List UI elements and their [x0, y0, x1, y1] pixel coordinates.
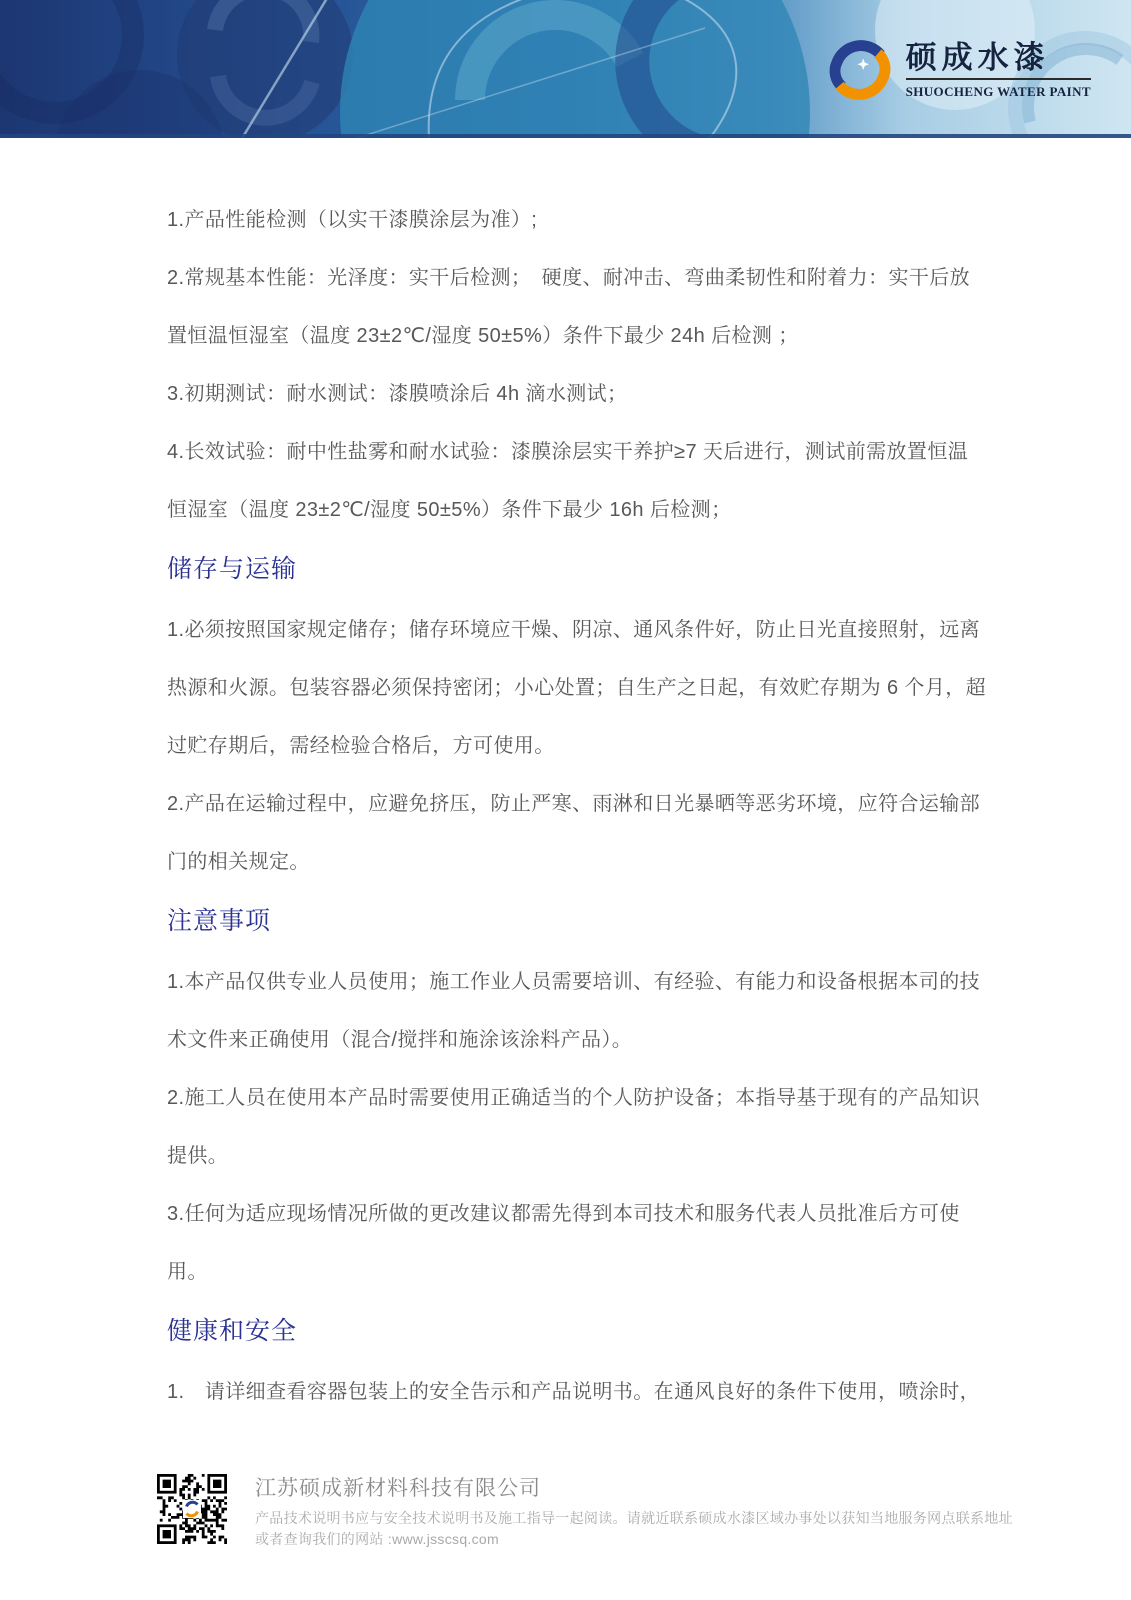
text-line: 1.必须按照国家规定储存；储存环境应干燥、阴凉、通风条件好，防止日光直接照射，远… — [167, 601, 1001, 659]
paragraph: 3.初期测试：耐水测试：漆膜喷涂后 4h 滴水测试； — [167, 365, 1001, 423]
paragraph: 2.常规基本性能：光泽度：实干后检测； 硬度、耐冲击、弯曲柔韧性和附着力：实干后… — [167, 249, 1001, 365]
section-heading: 健康和安全 — [167, 1312, 1001, 1350]
brand-text: 硕成水漆 SHUOCHENG WATER PAINT — [906, 41, 1091, 99]
text-line: 术文件来正确使用（混合/搅拌和施涂该涂料产品）。 — [167, 1011, 1001, 1069]
text-line: 2.施工人员在使用本产品时需要使用正确适当的个人防护设备；本指导基于现有的产品知… — [167, 1069, 1001, 1127]
document-body: 1.产品性能检测（以实干漆膜涂层为准）;2.常规基本性能：光泽度：实干后检测； … — [0, 138, 1131, 1421]
qr-code — [157, 1474, 227, 1544]
text-line: 3.任何为适应现场情况所做的更改建议都需先得到本司技术和服务代表人员批准后方可使 — [167, 1185, 1001, 1243]
text-line: 4.长效试验：耐中性盐雾和耐水试验：漆膜涂层实干养护≥7 天后进行，测试前需放置… — [167, 423, 1001, 481]
brand-divider — [906, 78, 1091, 80]
section-heading: 注意事项 — [167, 902, 1001, 940]
brand-swirl-icon — [828, 38, 892, 102]
footer-company-name: 江苏硕成新材料科技有限公司 — [255, 1475, 1013, 1502]
paragraph: 4.长效试验：耐中性盐雾和耐水试验：漆膜涂层实干养护≥7 天后进行，测试前需放置… — [167, 423, 1001, 539]
page-footer: 江苏硕成新材料科技有限公司 产品技术说明书应与安全技术说明书及施工指导一起阅读。… — [157, 1474, 1013, 1550]
text-line: 1.本产品仅供专业人员使用；施工作业人员需要培训、有经验、有能力和设备根据本司的… — [167, 953, 1001, 1011]
text-line: 1.产品性能检测（以实干漆膜涂层为准）; — [167, 191, 1001, 249]
paragraph: 2.产品在运输过程中，应避免挤压，防止严寒、雨淋和日光暴晒等恶劣环境，应符合运输… — [167, 775, 1001, 891]
text-line: 1. 请详细查看容器包装上的安全告示和产品说明书。在通风良好的条件下使用，喷涂时… — [167, 1363, 1001, 1421]
text-line: 2.常规基本性能：光泽度：实干后检测； 硬度、耐冲击、弯曲柔韧性和附着力：实干后… — [167, 249, 1001, 307]
company-logo: 硕成水漆 SHUOCHENG WATER PAINT — [828, 38, 1091, 102]
text-line: 提供。 — [167, 1127, 1001, 1185]
brand-name-cn: 硕成水漆 — [906, 41, 1091, 75]
brand-name-en: SHUOCHENG WATER PAINT — [906, 84, 1091, 99]
text-line: 恒湿室（温度 23±2℃/湿度 50±5%）条件下最少 16h 后检测； — [167, 481, 1001, 539]
paragraph: 1.本产品仅供专业人员使用；施工作业人员需要培训、有经验、有能力和设备根据本司的… — [167, 953, 1001, 1069]
footer-note-line-1: 产品技术说明书应与安全技术说明书及施工指导一起阅读。请就近联系硕成水漆区域办事处… — [255, 1508, 1013, 1529]
footer-note: 产品技术说明书应与安全技术说明书及施工指导一起阅读。请就近联系硕成水漆区域办事处… — [255, 1508, 1013, 1550]
section-heading: 储存与运输 — [167, 550, 1001, 588]
paragraph: 1.必须按照国家规定储存；储存环境应干燥、阴凉、通风条件好，防止日光直接照射，远… — [167, 601, 1001, 775]
footer-text-block: 江苏硕成新材料科技有限公司 产品技术说明书应与安全技术说明书及施工指导一起阅读。… — [255, 1474, 1013, 1550]
text-line: 用。 — [167, 1243, 1001, 1301]
paragraph: 1. 请详细查看容器包装上的安全告示和产品说明书。在通风良好的条件下使用，喷涂时… — [167, 1363, 1001, 1421]
text-line: 2.产品在运输过程中，应避免挤压，防止严寒、雨淋和日光暴晒等恶劣环境，应符合运输… — [167, 775, 1001, 833]
text-line: 3.初期测试：耐水测试：漆膜喷涂后 4h 滴水测试； — [167, 365, 1001, 423]
text-line: 置恒温恒湿室（温度 23±2℃/湿度 50±5%）条件下最少 24h 后检测 ； — [167, 307, 1001, 365]
header-banner: 硕成水漆 SHUOCHENG WATER PAINT — [0, 0, 1131, 138]
text-line: 门的相关规定。 — [167, 833, 1001, 891]
footer-note-line-2: 或者查询我们的网站 :www.jsscsq.com — [255, 1529, 1013, 1550]
text-line: 热源和火源。包装容器必须保持密闭；小心处置；自生产之日起，有效贮存期为 6 个月… — [167, 659, 1001, 717]
paragraph: 2.施工人员在使用本产品时需要使用正确适当的个人防护设备；本指导基于现有的产品知… — [167, 1069, 1001, 1185]
text-line: 过贮存期后，需经检验合格后，方可使用。 — [167, 717, 1001, 775]
paragraph: 3.任何为适应现场情况所做的更改建议都需先得到本司技术和服务代表人员批准后方可使… — [167, 1185, 1001, 1301]
paragraph: 1.产品性能检测（以实干漆膜涂层为准）; — [167, 191, 1001, 249]
document-page: 硕成水漆 SHUOCHENG WATER PAINT 1.产品性能检测（以实干漆… — [0, 0, 1131, 1600]
